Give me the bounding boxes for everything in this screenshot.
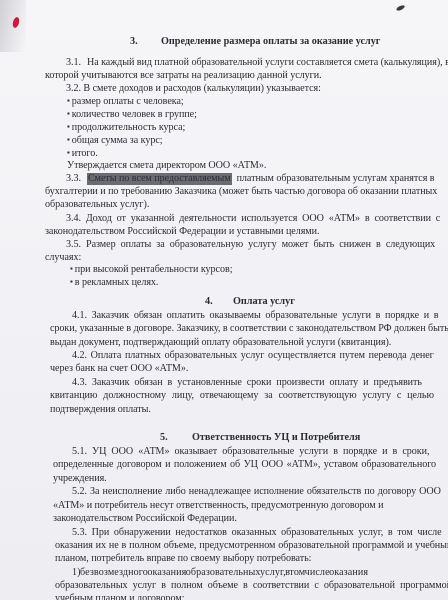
section-number: 4. — [205, 296, 233, 307]
section-title: Ответственность УЦ и Потребителя — [192, 432, 360, 443]
section-title: Определение размера оплаты за оказание у… — [161, 36, 380, 47]
bullet-item: размер оплаты с человека; — [67, 96, 184, 108]
paragraph-3-4-line-1: 3.4. Доход от указанной деятельности исп… — [66, 213, 440, 225]
list-item-1-line-3: учебным планом и договором; — [55, 593, 184, 600]
paragraph-4-2-line-1: 4.2. Оплата платных образовательных услу… — [72, 350, 434, 362]
section-4-heading: 4.Оплата услуг — [205, 296, 295, 307]
paragraph-4-1-line-3: выдан документ, подтверждающий оплату об… — [50, 337, 391, 349]
paragraph-5-1-line-3: учреждения. — [53, 473, 107, 485]
clause-text: платным образовательным услугам хранятся… — [237, 173, 435, 185]
paragraph-5-1-line-2: определенные договором и положением об У… — [53, 459, 436, 471]
paragraph-3-5-line-1: 3.5. Размер оплаты за образовательную ус… — [66, 239, 435, 251]
paragraph-3-4-line-2: законодательством Российской Федерации и… — [45, 226, 319, 238]
bullet-item: общая сумма за курс; — [67, 135, 163, 147]
paragraph-5-2-line-2: «АТМ» и потребитель несут ответственност… — [53, 500, 383, 512]
list-item-1-line-2: образовательных услуг в полном объеме в … — [55, 580, 448, 592]
bullet-item: в рекламных целях. — [70, 277, 158, 289]
paragraph-3-3-line-2: бухгалтерии и по требованию Заказчика (м… — [45, 186, 437, 198]
paragraph-3-2: 3.2. В смете доходов и расходов (калькул… — [66, 83, 321, 95]
paragraph-3-1-line-2: которой учитываются все затраты на реали… — [45, 70, 322, 82]
section-number: 5. — [160, 432, 192, 443]
paragraph-5-3-line-3: планом, потребитель вправе по своему выб… — [55, 553, 311, 565]
paragraph-5-3-line-2: оказания их не в полном объеме, предусмо… — [55, 540, 448, 552]
bullet-item: при высокой рентабельности курсов; — [70, 264, 232, 276]
section-title: Оплата услуг — [233, 296, 295, 307]
paragraph-4-1-line-2: сроки, указанные в договоре. Заказчику, … — [50, 323, 448, 335]
paragraph-5-3-line-1: 5.3. При обнаружении недостатков оказанн… — [72, 527, 442, 539]
approval-line: Утверждается смета директором ООО «АТМ». — [67, 160, 266, 172]
ink-smudge — [396, 4, 406, 11]
bullet-item: количество человек в группе; — [67, 109, 197, 121]
section-number: 3. — [130, 36, 161, 47]
paragraph-3-3-line-1: 3.3. Сметы по всем предоставляемым платн… — [66, 173, 426, 185]
bullet-item: продолжительность курса; — [67, 122, 185, 134]
bullet-item: итого. — [67, 148, 98, 160]
paragraph-3-5-line-2: случаях: — [45, 252, 81, 264]
section-3-heading: 3.Определение размера оплаты за оказание… — [130, 36, 380, 47]
highlighted-text: Сметы по всем предоставляемым — [87, 173, 232, 185]
paragraph-5-1-line-1: 5.1. УЦ ООО «АТМ» оказывает образователь… — [72, 446, 429, 458]
paragraph-4-3-line-1: 4.3. Заказчик обязан в установленные сро… — [72, 377, 422, 389]
section-5-heading: 5.Ответственность УЦ и Потребителя — [160, 432, 360, 443]
paragraph-5-2-line-1: 5.2. За неисполнение либо ненадлежащее и… — [72, 486, 441, 498]
list-item-1-line-1: 1) безвозмездного оказания образовательн… — [72, 567, 368, 579]
paragraph-3-1-line-1: 3.1. На каждый вид платной образовательн… — [66, 57, 426, 69]
paragraph-3-3-line-3: образовательных услуг). — [45, 199, 149, 211]
paragraph-4-2-line-2: через банк на счет ООО «АТМ». — [50, 363, 188, 375]
clause-text-rest: платным образовательным услугам хранятся… — [237, 173, 435, 185]
paragraph-4-3-line-3: подтверждения оплаты. — [50, 404, 151, 416]
paragraph-4-3-line-2: квитанцию должностному лицу, отвечающему… — [50, 390, 434, 402]
scanned-document-page: 3.Определение размера оплаты за оказание… — [0, 0, 448, 600]
paragraph-4-1-line-1: 4.1. Заказчик обязан оплатить оказываемы… — [72, 310, 438, 322]
paragraph-5-2-line-3: законодательством Российской Федерации. — [53, 513, 237, 525]
clause-number: 3.1. — [66, 57, 81, 69]
clause-number: 3.3. — [66, 173, 81, 185]
clause-text: На каждый вид платной образовательной ус… — [87, 57, 448, 69]
